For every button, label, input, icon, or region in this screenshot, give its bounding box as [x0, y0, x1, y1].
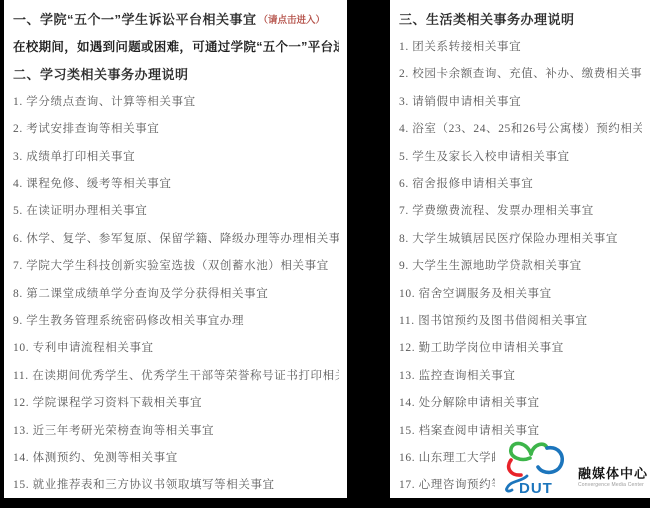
list-item: 3. 请销假申请相关事宜: [399, 87, 642, 114]
list-item: 10. 专利申请流程相关事宜: [13, 334, 339, 361]
sdut-clover-icon: DUT: [497, 436, 575, 494]
study-items-list: 1. 学分绩点查询、计算等相关事宜2. 考试安排查询等相关事宜3. 成绩单打印相…: [13, 87, 339, 498]
list-item: 2. 校园卡余额查询、充值、补办、缴费相关事宜: [399, 60, 642, 87]
left-page: 一、学院“五个一”学生诉讼平台相关事宜 （请点击进入） 在校期间，如遇到问题或困…: [4, 0, 347, 498]
section-1-enter-link[interactable]: （请点击进入）: [259, 12, 326, 26]
list-item: 15. 就业推荐表和三方协议书领取填写等相关事宜: [13, 471, 339, 498]
life-items-list: 1. 团关系转接相关事宜2. 校园卡余额查询、充值、补办、缴费相关事宜3. 请销…: [399, 32, 642, 498]
list-item: 7. 学费缴费流程、发票办理相关事宜: [399, 197, 642, 224]
logo-name-cn: 融媒体中心: [578, 467, 648, 481]
list-item: 8. 大学生城镇居民医疗保险办理相关事宜: [399, 224, 642, 251]
logo-acronym: DUT: [519, 480, 553, 494]
section-1-title-line: 一、学院“五个一”学生诉讼平台相关事宜 （请点击进入）: [13, 5, 339, 32]
list-item: 8. 第二课堂成绩单学分查询及学分获得相关事宜: [13, 279, 339, 306]
list-item: 10. 宿舍空调服务及相关事宜: [399, 279, 642, 306]
section-1-description: 在校期间，如遇到问题或困难，可通过学院“五个一”平台进行反映。: [13, 32, 339, 59]
list-item: 1. 团关系转接相关事宜: [399, 32, 642, 59]
section-3-title: 三、生活类相关事务办理说明: [399, 5, 642, 32]
logo-text-block: 融媒体中心 Convergence Media Center: [578, 467, 648, 494]
list-item: 1. 学分绩点查询、计算等相关事宜: [13, 87, 339, 114]
logo-name-en: Convergence Media Center: [578, 483, 648, 489]
list-item: 5. 学生及家长入校申请相关事宜: [399, 142, 642, 169]
list-item: 11. 图书馆预约及图书借阅相关事宜: [399, 306, 642, 333]
list-item: 6. 宿舍报修申请相关事宜: [399, 169, 642, 196]
list-item: 4. 浴室（23、24、25和26号公寓楼）预约相关事宜: [399, 115, 642, 142]
list-item: 14. 体测预约、免测等相关事宜: [13, 443, 339, 470]
list-item: 12. 学院课程学习资料下载相关事宜: [13, 388, 339, 415]
list-item: 7. 学院大学生科技创新实验室选拔（双创蓄水池）相关事宜: [13, 252, 339, 279]
list-item: 4. 课程免修、缓考等相关事宜: [13, 169, 339, 196]
section-2-title: 二、学习类相关事务办理说明: [13, 60, 339, 87]
list-item: 13. 近三年考研光荣榜查询等相关事宜: [13, 416, 339, 443]
list-item: 9. 大学生生源地助学贷款相关事宜: [399, 252, 642, 279]
list-item: 14. 处分解除申请相关事宜: [399, 388, 642, 415]
list-item: 3. 成绩单打印相关事宜: [13, 142, 339, 169]
list-item: 13. 监控查询相关事宜: [399, 361, 642, 388]
right-page: 三、生活类相关事务办理说明 1. 团关系转接相关事宜2. 校园卡余额查询、充值、…: [390, 0, 650, 498]
list-item: 11. 在读期间优秀学生、优秀学生干部等荣誉称号证书打印相关事宜: [13, 361, 339, 388]
list-item: 6. 休学、复学、参军复原、保留学籍、降级办理等办理相关事宜: [13, 224, 339, 251]
sdut-media-center-logo: DUT 融媒体中心 Convergence Media Center: [495, 436, 648, 494]
list-item: 9. 学生教务管理系统密码修改相关事宜办理: [13, 306, 339, 333]
list-item: 5. 在读证明办理相关事宜: [13, 197, 339, 224]
page: 一、学院“五个一”学生诉讼平台相关事宜 （请点击进入） 在校期间，如遇到问题或困…: [0, 0, 650, 508]
list-item: 2. 考试安排查询等相关事宜: [13, 115, 339, 142]
list-item: 12. 勤工助学岗位申请相关事宜: [399, 334, 642, 361]
section-1-title: 一、学院“五个一”学生诉讼平台相关事宜: [13, 9, 257, 28]
